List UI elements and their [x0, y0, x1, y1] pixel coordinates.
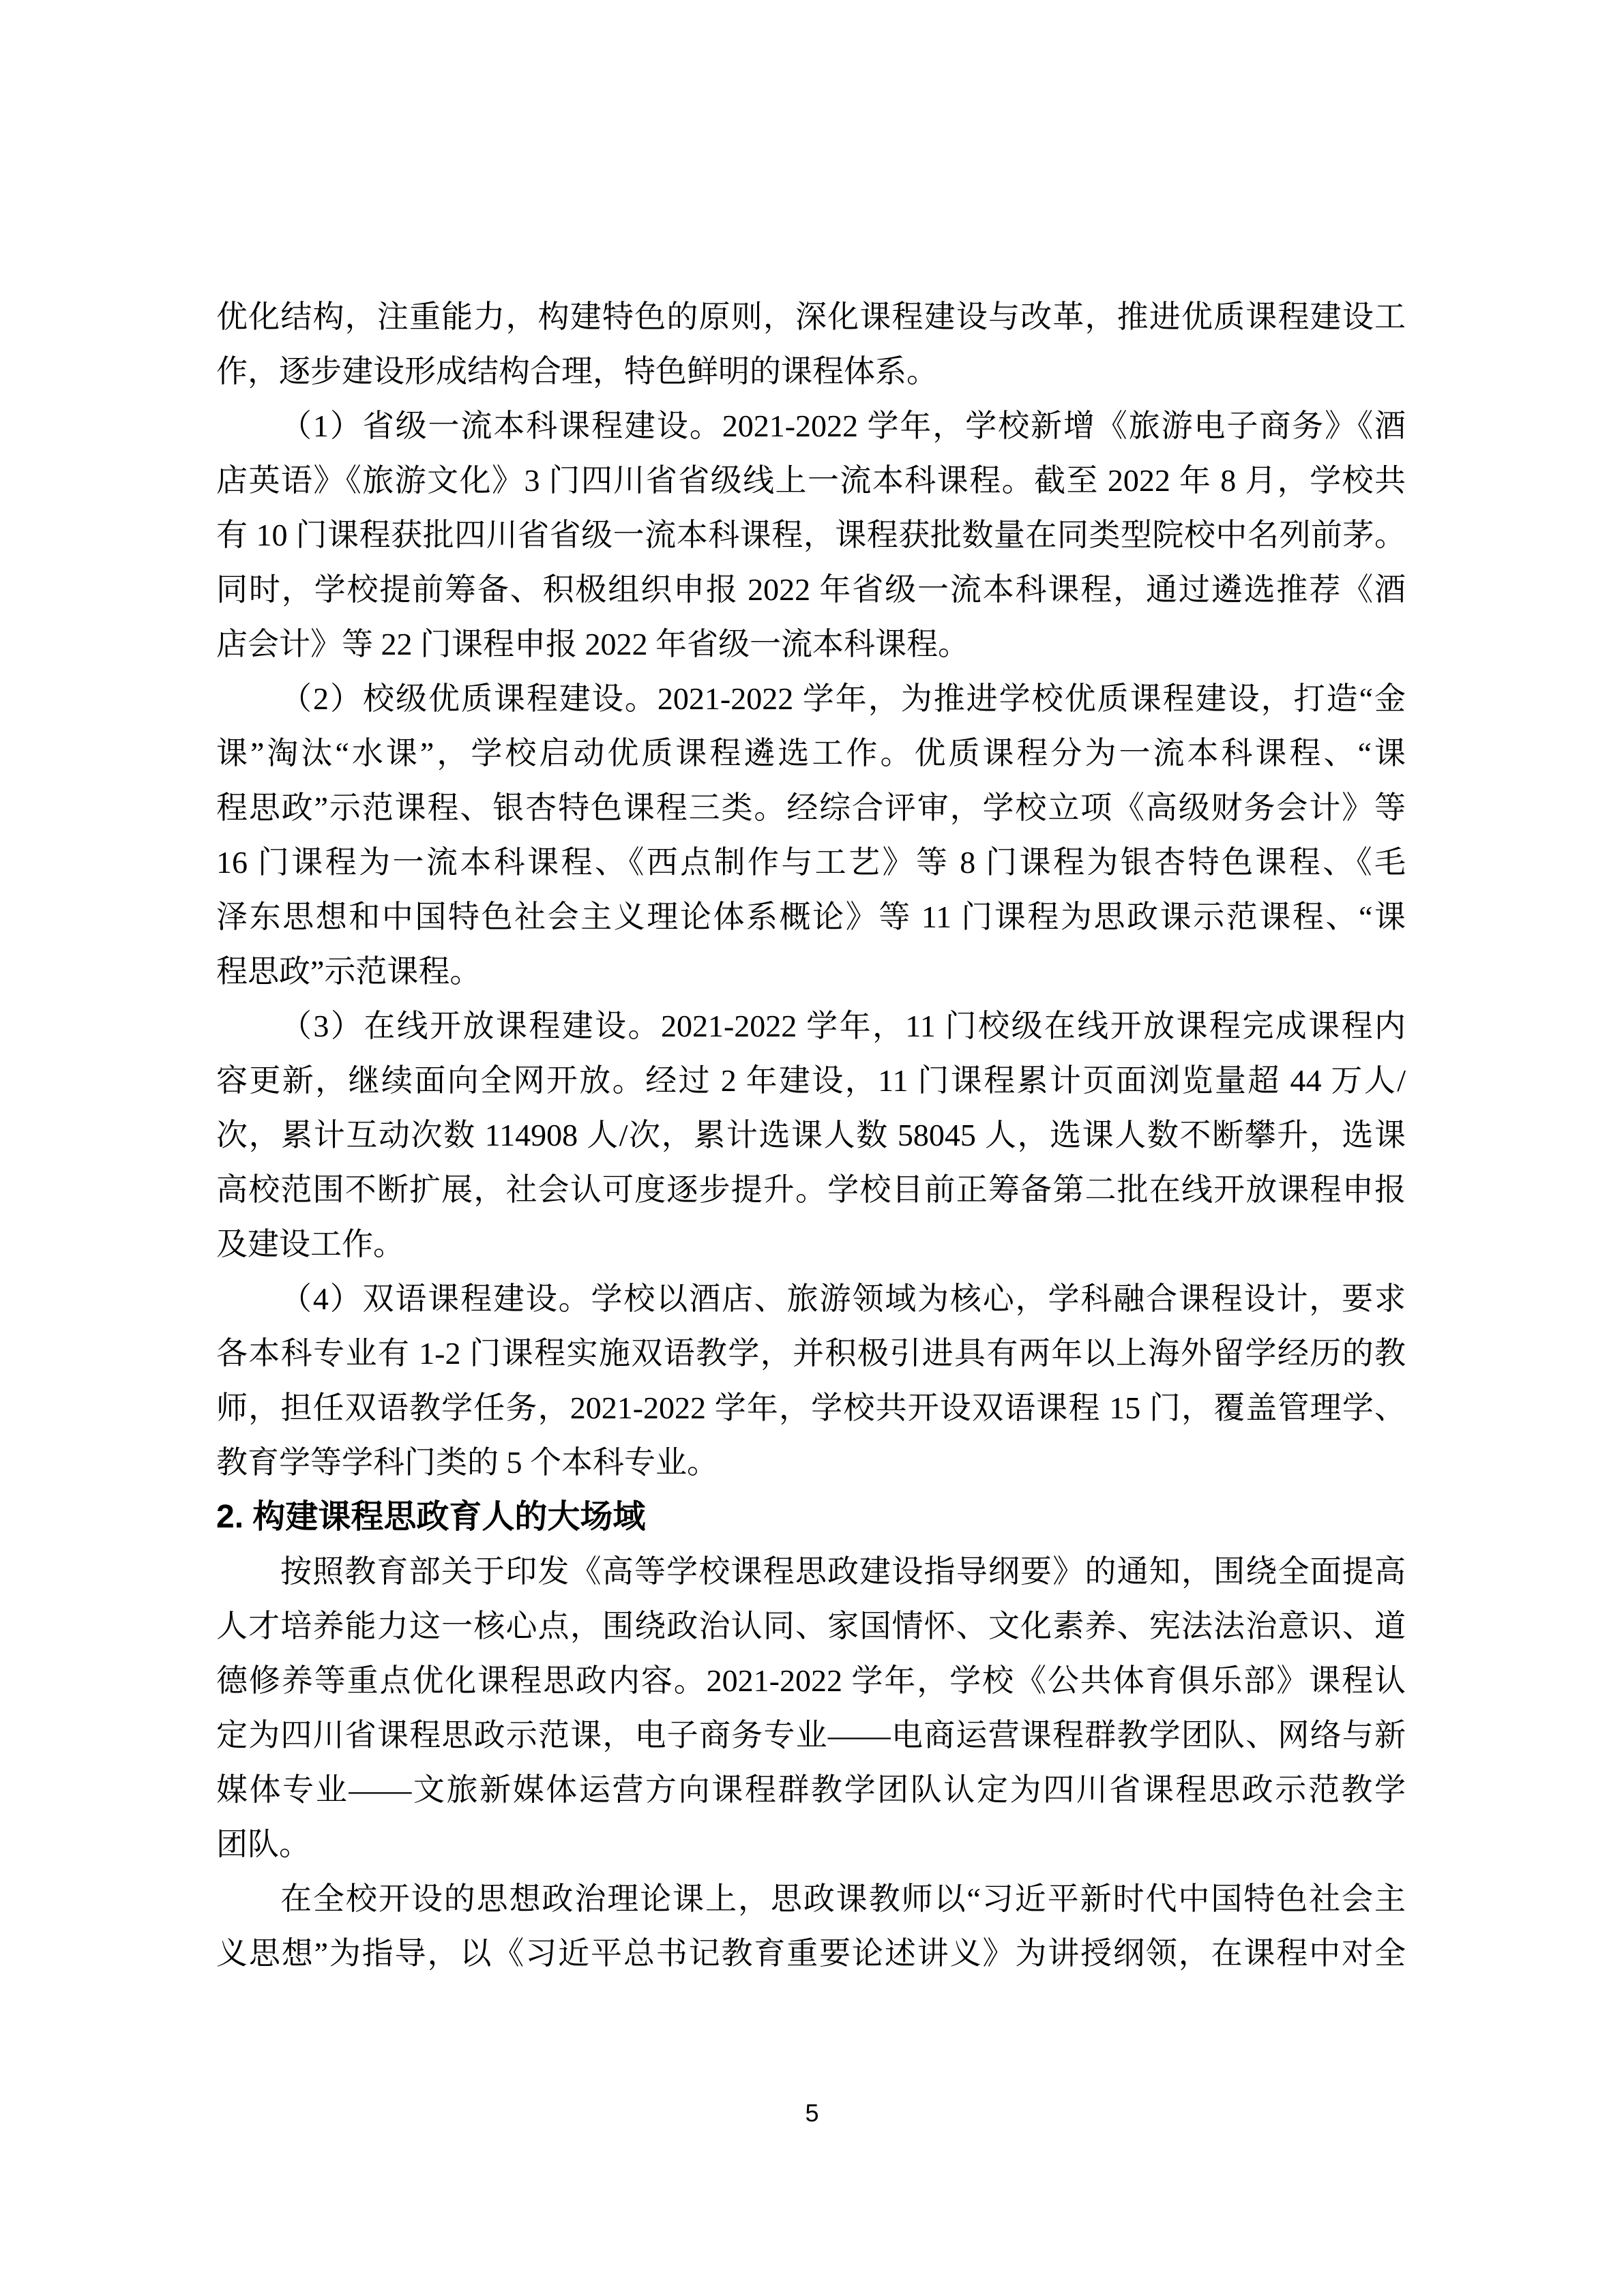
text-line: 泽东思想和中国特色社会主义理论体系概论》等 11 门课程为思政课示范课程、“课	[216, 890, 1406, 944]
text-line: 容更新，继续面向全网开放。经过 2 年建设，11 门课程累计页面浏览量超 44 …	[216, 1054, 1406, 1108]
text-line: 义思想”为指导，以《习近平总书记教育重要论述讲义》为讲授纲领，在课程中对全	[216, 1926, 1406, 1981]
text-line: 次，累计互动次数 114908 人/次，累计选课人数 58045 人，选课人数不…	[216, 1108, 1406, 1163]
text-line: 店英语》《旅游文化》3 门四川省省级线上一流本科课程。截至 2022 年 8 月…	[216, 453, 1406, 508]
text-line: 德修养等重点优化课程思政内容。2021-2022 学年，学校《公共体育俱乐部》课…	[216, 1654, 1406, 1708]
text-line: 在全校开设的思想政治理论课上，思政课教师以“习近平新时代中国特色社会主	[216, 1872, 1406, 1926]
page-text-block: 优化结构，注重能力，构建特色的原则，深化课程建设与改革，推进优质课程建设工作，逐…	[216, 290, 1406, 1981]
text-line: 定为四川省课程思政示范课，电子商务专业——电商运营课程群教学团队、网络与新	[216, 1708, 1406, 1763]
text-line: 店会计》等 22 门课程申报 2022 年省级一流本科课程。	[216, 617, 1406, 672]
text-line: 同时，学校提前筹备、积极组织申报 2022 年省级一流本科课程，通过遴选推荐《酒	[216, 563, 1406, 617]
section-heading: 2. 构建课程思政育人的大场域	[216, 1490, 1406, 1545]
text-line: 课”淘汰“水课”，学校启动优质课程遴选工作。优质课程分为一流本科课程、“课	[216, 726, 1406, 781]
text-line: （2）校级优质课程建设。2021-2022 学年，为推进学校优质课程建设，打造“…	[216, 672, 1406, 726]
text-line: 有 10 门课程获批四川省省级一流本科课程，课程获批数量在同类型院校中名列前茅。	[216, 508, 1406, 563]
text-line: 作，逐步建设形成结构合理，特色鲜明的课程体系。	[216, 344, 1406, 399]
text-line: （3）在线开放课程建设。2021-2022 学年，11 门校级在线开放课程完成课…	[216, 999, 1406, 1054]
document-page: 优化结构，注重能力，构建特色的原则，深化课程建设与改革，推进优质课程建设工作，逐…	[0, 0, 1624, 2296]
text-line: （1）省级一流本科课程建设。2021-2022 学年，学校新增《旅游电子商务》《…	[216, 399, 1406, 453]
page-footer: 5	[0, 2099, 1624, 2128]
text-line: 师，担任双语教学任务，2021-2022 学年，学校共开设双语课程 15 门，覆…	[216, 1381, 1406, 1435]
text-line: 教育学等学科门类的 5 个本科专业。	[216, 1435, 1406, 1490]
text-line: 程思政”示范课程。	[216, 944, 1406, 999]
text-line: 16 门课程为一流本科课程、《西点制作与工艺》等 8 门课程为银杏特色课程、《毛	[216, 835, 1406, 890]
text-line: 人才培养能力这一核心点，围绕政治认同、家国情怀、文化素养、宪法法治意识、道	[216, 1599, 1406, 1654]
text-line: 优化结构，注重能力，构建特色的原则，深化课程建设与改革，推进优质课程建设工	[216, 290, 1406, 344]
page-number: 5	[805, 2099, 818, 2127]
text-line: 团队。	[216, 1817, 1406, 1872]
text-line: 程思政”示范课程、银杏特色课程三类。经综合评审，学校立项《高级财务会计》等	[216, 781, 1406, 835]
text-line: 各本科专业有 1-2 门课程实施双语教学，并积极引进具有两年以上海外留学经历的教	[216, 1326, 1406, 1381]
text-line: 媒体专业——文旅新媒体运营方向课程群教学团队认定为四川省课程思政示范教学	[216, 1763, 1406, 1817]
text-line: 高校范围不断扩展，社会认可度逐步提升。学校目前正筹备第二批在线开放课程申报	[216, 1163, 1406, 1217]
text-line: 按照教育部关于印发《高等学校课程思政建设指导纲要》的通知，围绕全面提高	[216, 1545, 1406, 1599]
text-line: 及建设工作。	[216, 1217, 1406, 1272]
text-line: （4）双语课程建设。学校以酒店、旅游领域为核心，学科融合课程设计，要求	[216, 1272, 1406, 1326]
